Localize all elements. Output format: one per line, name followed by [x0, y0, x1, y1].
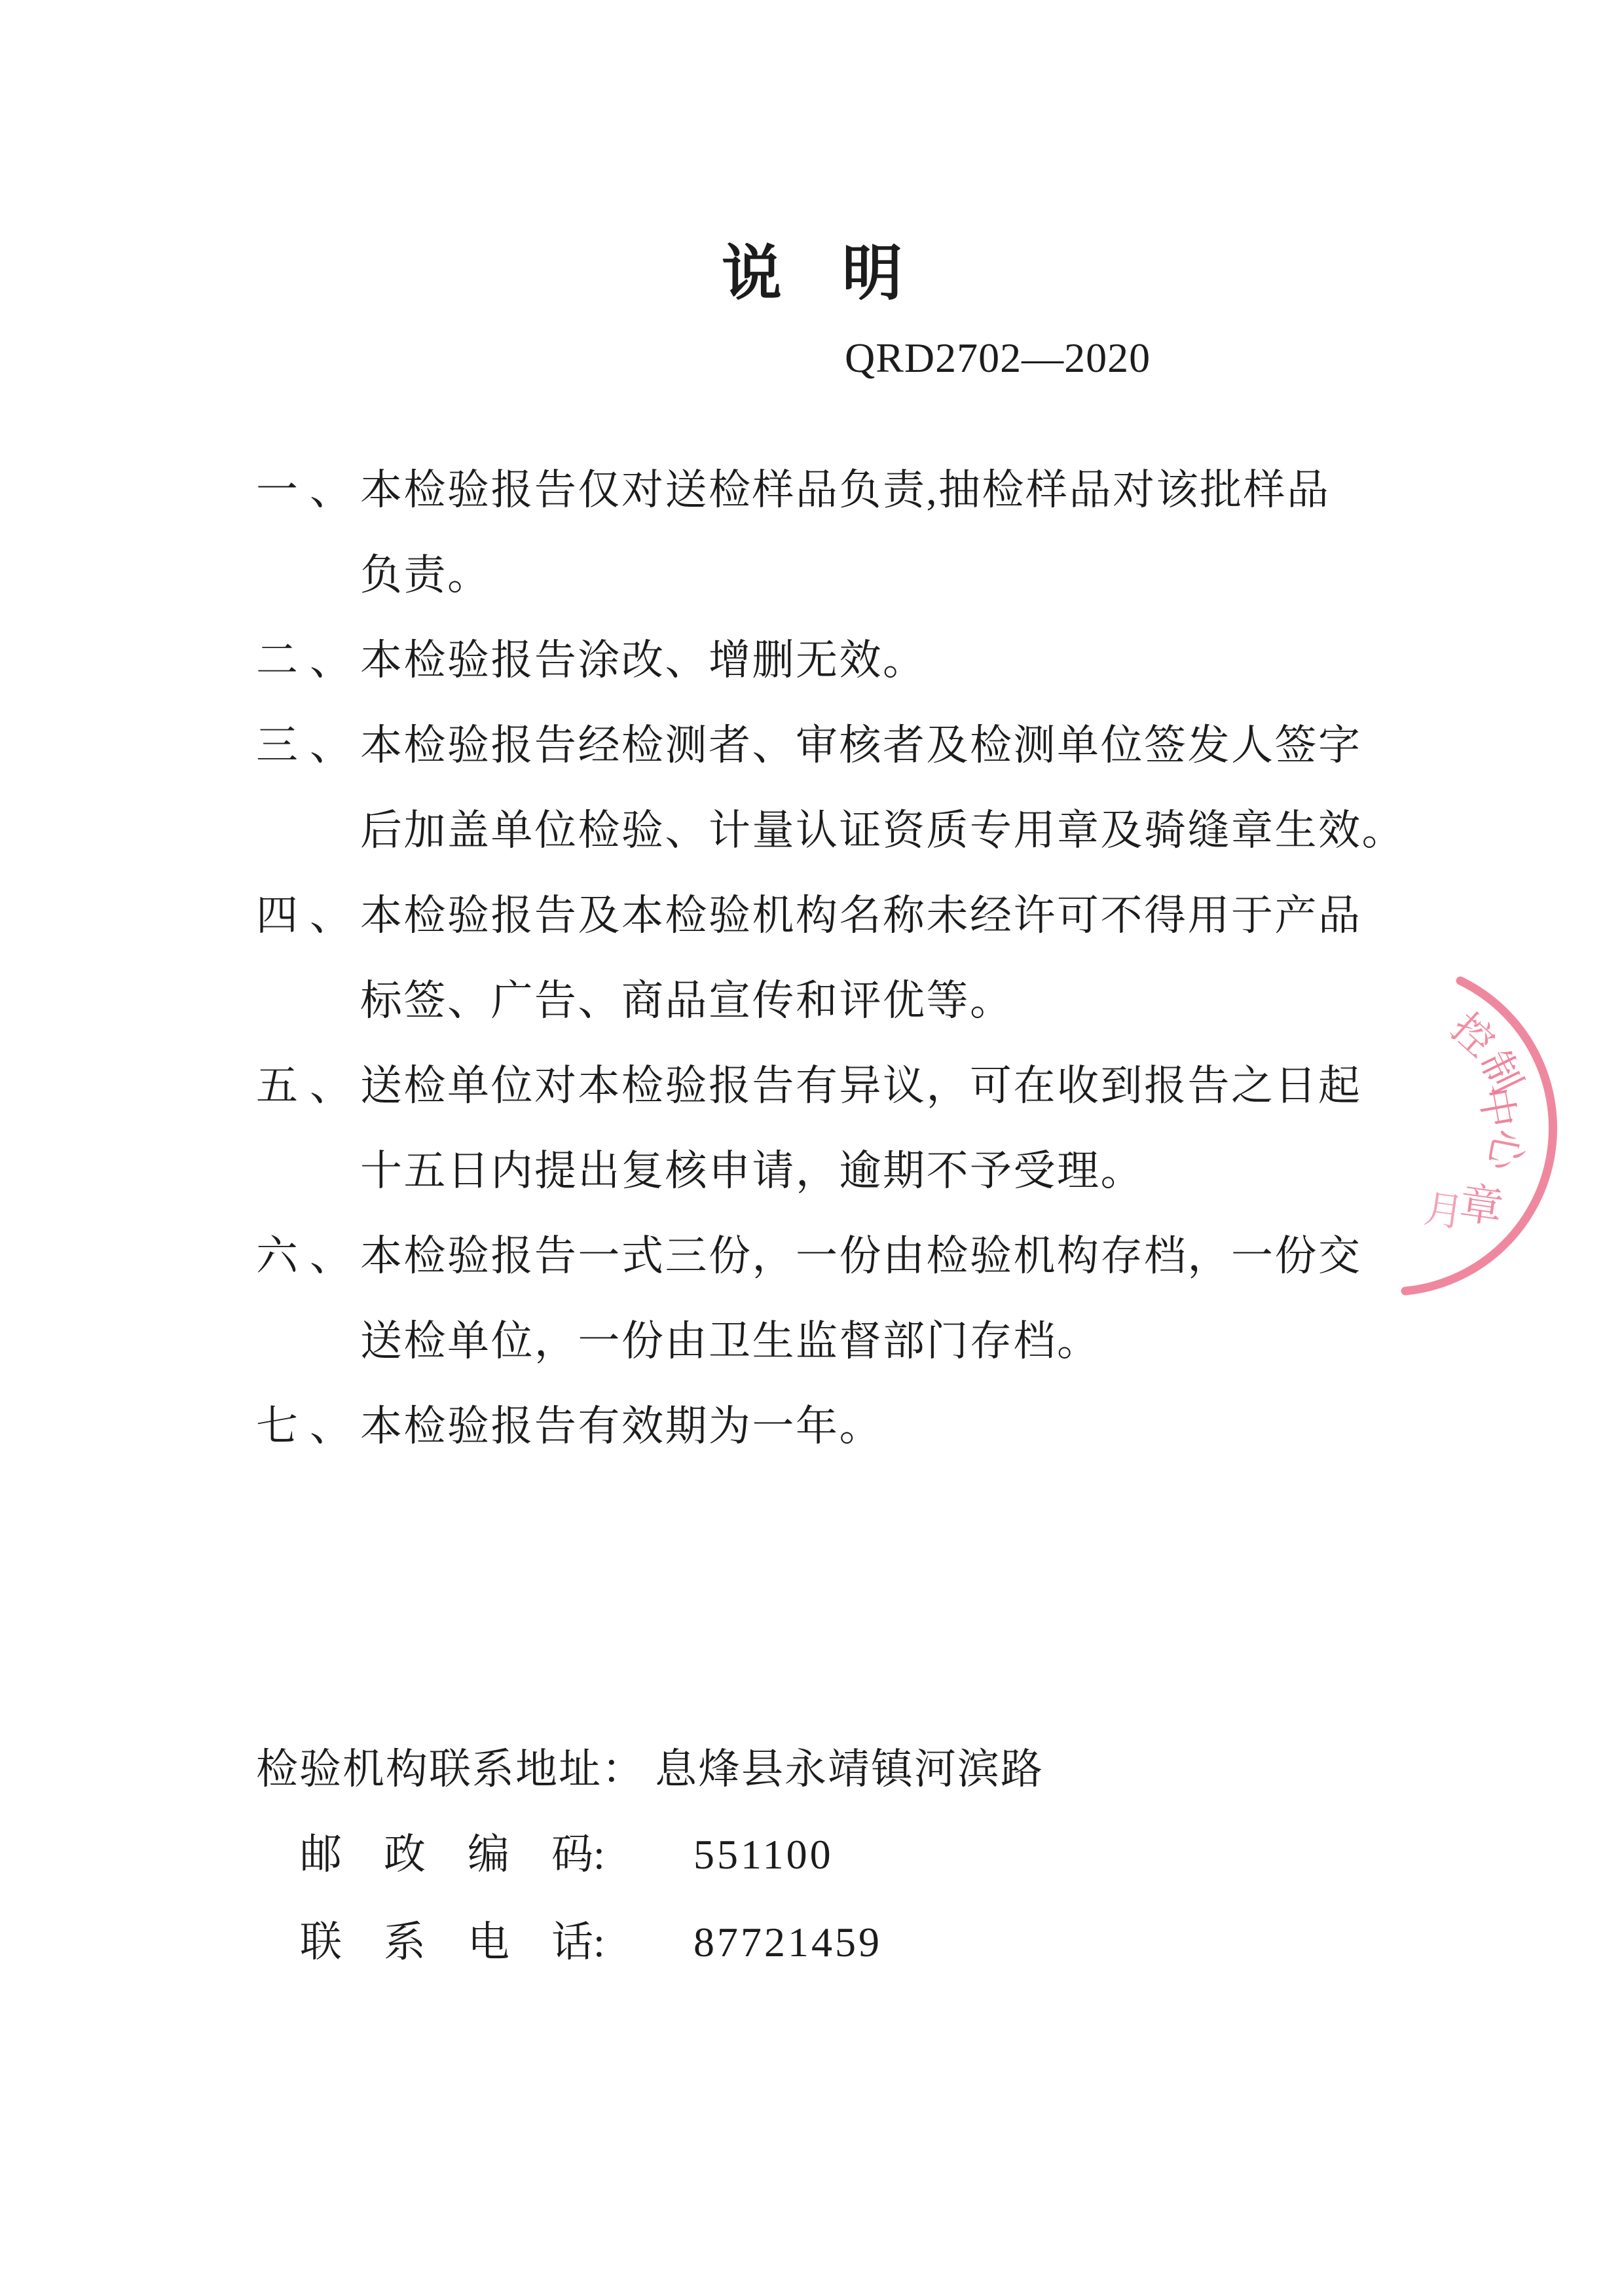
item-number: 七、: [256, 1384, 363, 1469]
page-title: 说 明: [0, 240, 1624, 308]
item-text: 本检验报告一式三份，一份由检验机构存档，一份交: [360, 1214, 1362, 1299]
notice-line: 后加盖单位检验、计量认证资质专用章及骑缝章生效。: [0, 788, 1624, 873]
address-label: 检验机构联系地址：: [256, 1727, 645, 1812]
phone-label: 联 系 电 话:: [300, 1900, 605, 1985]
notice-line: 负责。: [0, 533, 1624, 618]
item-text: 标签、广告、商品宣传和评优等。: [360, 958, 1014, 1044]
item-text: 送检单位对本检验报告有异议，可在收到报告之日起: [360, 1044, 1362, 1129]
notice-line: 二、 本检验报告涂改、增删无效。: [0, 618, 1624, 703]
item-text: 本检验报告有效期为一年。: [360, 1384, 883, 1469]
notice-line: 一、 本检验报告仅对送检样品负责,抽检样品对该批样品: [0, 448, 1624, 533]
notice-line: 三、 本检验报告经检测者、审核者及检测单位签发人签字: [0, 703, 1624, 788]
item-number: 五、: [256, 1044, 363, 1129]
stamp-center-char: 章: [1456, 1180, 1506, 1233]
item-number: 一、: [256, 448, 363, 533]
item-number: 六、: [256, 1214, 363, 1299]
item-text: 本检验报告涂改、增删无效。: [360, 618, 927, 703]
stamp-ring-char: 心: [1479, 1126, 1530, 1176]
item-text: 负责。: [360, 533, 491, 618]
item-number: 三、: [256, 703, 363, 788]
notice-line: 七、 本检验报告有效期为一年。: [0, 1384, 1624, 1469]
postal-code-label: 邮 政 编 码:: [300, 1812, 605, 1897]
postal-code-value: 551100: [693, 1812, 834, 1897]
phone-value: 87721459: [693, 1900, 882, 1985]
item-text: 后加盖单位检验、计量认证资质专用章及骑缝章生效。: [360, 788, 1405, 873]
item-text: 送检单位，一份由卫生监督部门存档。: [360, 1299, 1101, 1384]
item-text: 本检验报告仅对送检样品负责,抽检样品对该批样品: [360, 448, 1331, 533]
address-value: 息烽县永靖镇河滨路: [655, 1727, 1044, 1812]
contact-phone-line: 联 系 电 话: 87721459: [0, 1900, 1624, 1985]
item-number: 四、: [256, 873, 363, 958]
stamp-ring-char: 中: [1471, 1084, 1522, 1132]
item-number: 二、: [256, 618, 363, 703]
contact-address-line: 检验机构联系地址： 息烽县永靖镇河滨路: [0, 1727, 1624, 1812]
document-code: QRD2702—2020: [845, 331, 1151, 386]
contact-postal-line: 邮 政 编 码: 551100: [0, 1812, 1624, 1897]
item-text: 本检验报告及本检验机构名称未经许可不得用于产品: [360, 873, 1362, 958]
item-text: 本检验报告经检测者、审核者及检测单位签发人签字: [360, 703, 1362, 788]
item-text: 十五日内提出复核申请，逾期不予受理。: [360, 1129, 1144, 1214]
red-seal-stamp: 控 制 中 心 月 章: [1244, 917, 1624, 1342]
